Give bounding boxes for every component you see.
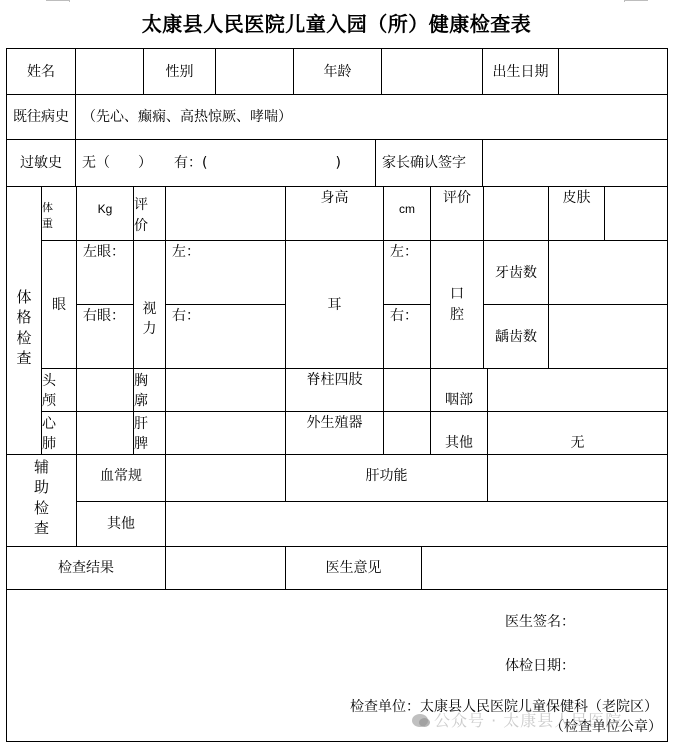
liver-spleen-label: 肝 脾: [133, 411, 166, 455]
section-char: 体: [16, 287, 31, 307]
weight-char: 重: [42, 216, 53, 232]
weight-label: 体 重: [41, 186, 77, 241]
left-eye-field[interactable]: 左眼：: [76, 240, 134, 305]
exam-result-label: 检查结果: [6, 546, 166, 590]
auxiliary-other-label: 其他: [76, 501, 166, 547]
skin-field[interactable]: [604, 186, 668, 241]
exam-date-label: 体检日期：: [505, 655, 575, 675]
doctor-opinion-label: 医生意见: [285, 546, 422, 590]
name-label: 姓名: [6, 48, 76, 95]
skin-label: 皮肤: [548, 186, 605, 241]
section-char: 检: [16, 328, 31, 348]
gender-label: 性别: [143, 48, 216, 95]
allergy-yes-option[interactable]: 有：(: [174, 156, 207, 170]
auxiliary-other-field[interactable]: [165, 501, 668, 547]
exam-result-field[interactable]: [165, 546, 286, 590]
ear-right-field[interactable]: 右：: [383, 304, 431, 369]
teeth-count-field[interactable]: [548, 240, 668, 305]
watermark-text: 公众号 · 太康县人民医院: [434, 711, 622, 730]
allergy-field[interactable]: 无（ ） 有：( ): [75, 139, 376, 187]
section-char: 辅: [34, 457, 49, 477]
physical-exam-section-label: 体 格 检 查: [6, 186, 42, 455]
weight-eval-label: 评 价: [133, 186, 166, 241]
history-field[interactable]: （先心、癫痫、高热惊厥、哮喘）: [75, 94, 668, 140]
parent-sign-label: 家长确认签字: [375, 139, 483, 187]
eval-char: 评: [134, 195, 148, 215]
birthdate-label: 出生日期: [482, 48, 559, 95]
liver-function-label: 肝功能: [285, 454, 488, 502]
weight-eval-field[interactable]: [165, 186, 286, 241]
vision-char: 力: [143, 319, 157, 339]
heart-lung-char: 心: [42, 414, 56, 434]
gender-field[interactable]: [215, 48, 294, 95]
spine-field[interactable]: [383, 368, 431, 412]
section-char: 查: [16, 348, 31, 368]
chest-field[interactable]: [165, 368, 286, 412]
ear-left-field[interactable]: 左：: [383, 240, 431, 305]
heart-lung-field[interactable]: [76, 411, 134, 455]
throat-field[interactable]: [487, 368, 668, 412]
throat-label: 咽部: [430, 368, 488, 412]
genital-label: 外生殖器: [285, 411, 384, 455]
head-label: 头 颅: [41, 368, 77, 412]
ear-label: 耳: [285, 240, 384, 369]
allergy-yes-close: ): [335, 156, 340, 170]
heart-lung-char: 肺: [42, 434, 56, 454]
section-char: 格: [16, 307, 31, 327]
height-unit: cm: [399, 203, 415, 215]
head-char: 颅: [42, 391, 56, 411]
blood-routine-field[interactable]: [165, 454, 286, 502]
teeth-count-label: 牙齿数: [483, 240, 549, 305]
chest-char: 胸: [134, 371, 148, 391]
form-title: 太康县人民医院儿童入园（所）健康检查表: [0, 8, 673, 37]
heart-lung-label: 心 肺: [41, 411, 77, 455]
allergy-none-option[interactable]: 无（ ）: [82, 156, 152, 170]
age-field[interactable]: [381, 48, 483, 95]
mouth-char: 腔: [450, 305, 464, 325]
weight-unit: Kg: [98, 203, 113, 215]
page-corner-mark-left: [46, 0, 70, 1]
watermark: 公众号 · 太康县人民医院: [412, 708, 622, 731]
doctor-opinion-field[interactable]: [421, 546, 668, 590]
eye-label: 眼: [41, 240, 77, 369]
head-field[interactable]: [76, 368, 134, 412]
physical-other-field[interactable]: 无: [487, 411, 668, 455]
liver-function-field[interactable]: [487, 454, 668, 502]
section-char: 助: [34, 477, 49, 497]
wechat-icon: [412, 714, 428, 727]
mouth-char: 口: [450, 284, 464, 304]
section-char: 检: [34, 498, 49, 518]
age-label: 年龄: [293, 48, 382, 95]
caries-count-field[interactable]: [548, 304, 668, 369]
weight-field[interactable]: Kg: [76, 186, 134, 241]
vision-right-field[interactable]: 右：: [165, 304, 286, 369]
history-label: 既往病史: [6, 94, 76, 140]
vision-label: 视 力: [133, 240, 166, 369]
auxiliary-exam-section-label: 辅 助 检 查: [6, 454, 77, 547]
allergy-label: 过敏史: [6, 139, 76, 187]
liver-spleen-field[interactable]: [165, 411, 286, 455]
chest-label: 胸 廓: [133, 368, 166, 412]
chest-char: 廓: [134, 391, 148, 411]
blood-routine-label: 血常规: [76, 454, 166, 502]
height-label: 身高: [285, 186, 384, 241]
height-field[interactable]: cm: [383, 186, 431, 241]
birthdate-field[interactable]: [558, 48, 668, 95]
section-char: 查: [34, 518, 49, 538]
right-eye-field[interactable]: 右眼：: [76, 304, 134, 369]
height-eval-field[interactable]: [483, 186, 549, 241]
caries-count-label: 龋齿数: [483, 304, 549, 369]
liver-spleen-char: 肝: [134, 414, 148, 434]
doctor-sign-label: 医生签名：: [505, 611, 575, 631]
parent-sign-field[interactable]: [482, 139, 668, 187]
vision-left-field[interactable]: 左：: [165, 240, 286, 305]
liver-spleen-char: 脾: [134, 434, 148, 454]
eval-char: 价: [134, 216, 148, 236]
genital-field[interactable]: [383, 411, 431, 455]
name-field[interactable]: [75, 48, 144, 95]
head-char: 头: [42, 371, 56, 391]
weight-char: 体: [42, 200, 53, 216]
height-eval-label: 评价: [430, 186, 484, 241]
page-corner-mark-right: [624, 0, 648, 1]
vision-char: 视: [143, 299, 157, 319]
mouth-label: 口 腔: [430, 240, 484, 369]
physical-other-label: 其他: [430, 411, 488, 455]
spine-label: 脊柱四肢: [285, 368, 384, 412]
